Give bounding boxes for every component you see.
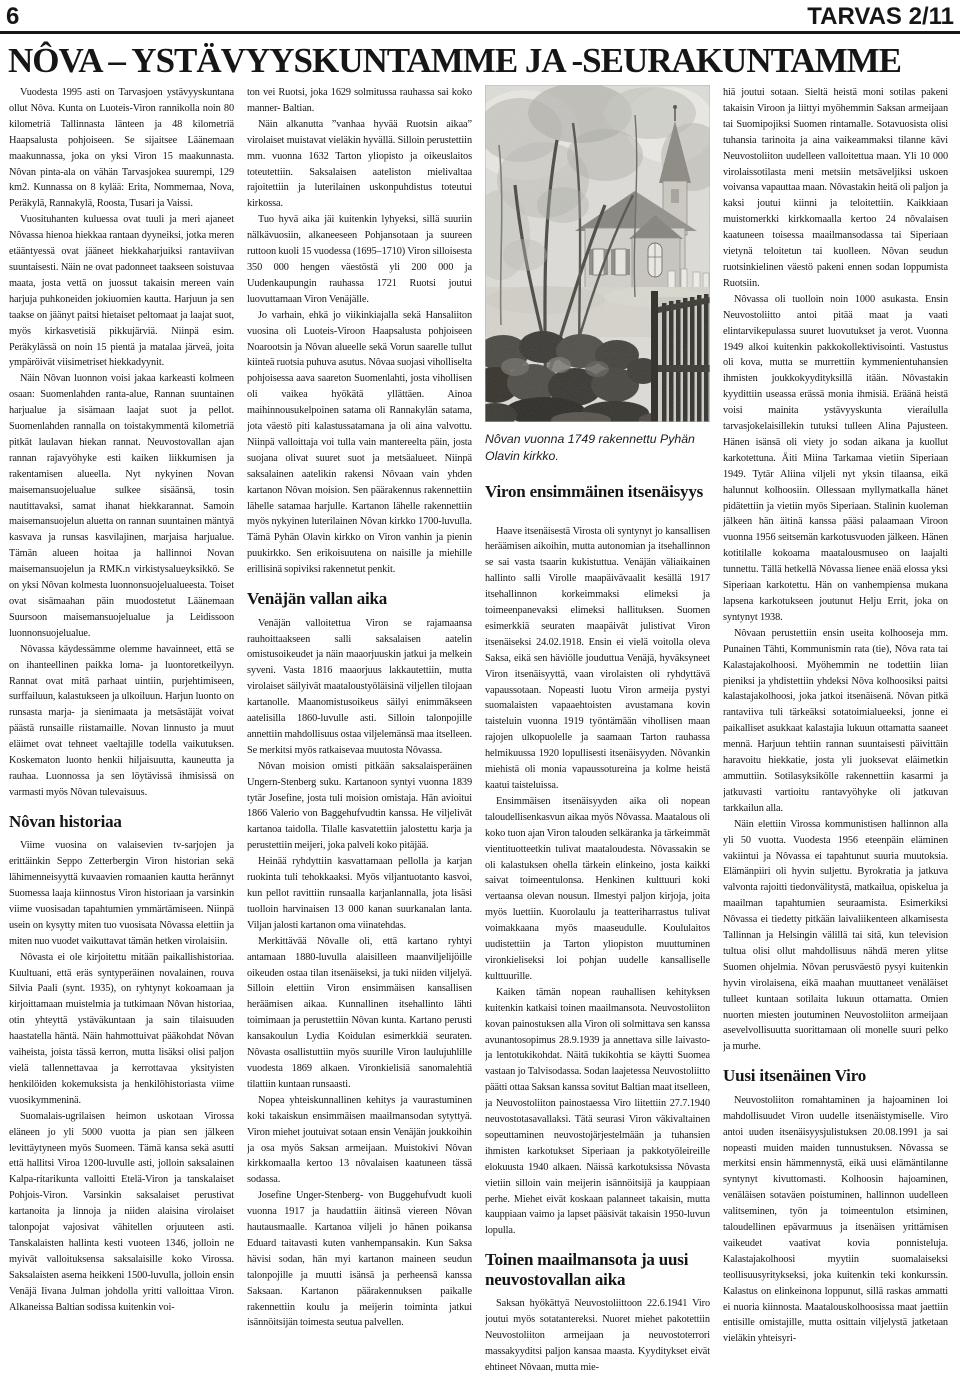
paragraph: Nôvan moision omisti pitkään saksalaispe…: [247, 759, 472, 854]
paragraph: Vuosituhanten kuluessa ovat tuuli ja mer…: [9, 212, 234, 371]
paragraph: Vuodesta 1995 asti on Tarvasjoen ystävyy…: [9, 85, 234, 212]
section-heading-venajan-vallan-aika: Venäjän vallan aika: [247, 589, 472, 609]
paragraph: Nôvaan perustettiin ensin useita kolhoos…: [723, 626, 948, 817]
column-2: ton vei Ruotsi, joka 1629 solmitussa rau…: [247, 85, 472, 1381]
article-columns: Vuodesta 1995 asti on Tarvasjoen ystävyy…: [0, 83, 960, 1381]
paragraph: Haave itsenäisestä Virosta oli syntynyt …: [485, 524, 710, 794]
page-header: 6 TARVAS 2/11: [0, 0, 960, 34]
paragraph: Tuo hyvä aika jäi kuitenkin lyhyeksi, si…: [247, 212, 472, 307]
section-heading-viron-ensimmainen-itsenaisyys: Viron ensimmäinen itsenäisyys: [485, 482, 710, 502]
paragraph: Nôvassa käydessämme olemme havainneet, e…: [9, 642, 234, 801]
newspaper-page: 6 TARVAS 2/11 NÔVA – YSTÄVYYSKUNTAMME JA…: [0, 0, 960, 1391]
paragraph: Nôvasta ei ole kirjoitettu mitään paikal…: [9, 950, 234, 1109]
column-4: hiä joutui sotaan. Sieltä heistä moni so…: [723, 85, 948, 1381]
paragraph: Venäjän valloitettua Viron se rajamaansa…: [247, 616, 472, 759]
paragraph: Nopea yhteiskunnallinen kehitys ja vaura…: [247, 1093, 472, 1188]
paragraph: Viime vuosina on valaisevien tv-sarjojen…: [9, 838, 234, 949]
article-title: NÔVA – YSTÄVYYSKUNTAMME JA -SEURAKUNTAMM…: [8, 41, 960, 81]
paragraph: Näin elettiin Virossa kommunistisen hall…: [723, 817, 948, 1056]
column-3: Nôvan vuonna 1749 rakennettu Pyhän Olavi…: [485, 85, 710, 1381]
section-heading-toinen-maailmansota: Toinen maailmansota ja uusi neuvostovall…: [485, 1250, 710, 1289]
paragraph: Näin Nôvan luonnon voisi jakaa karkeasti…: [9, 371, 234, 641]
issue-label: TARVAS 2/11: [807, 5, 954, 29]
paragraph: Neuvostoliiton romahtaminen ja hajoamine…: [723, 1093, 948, 1348]
paragraph: Kaiken tämän nopean rauhallisen kehityks…: [485, 985, 710, 1240]
paragraph: Nôvassa oli tuolloin noin 1000 asukasta.…: [723, 292, 948, 626]
paragraph: ton vei Ruotsi, joka 1629 solmitussa rau…: [247, 85, 472, 117]
paragraph: hiä joutui sotaan. Sieltä heistä moni so…: [723, 85, 948, 292]
church-photo-image: [485, 85, 710, 422]
church-photo: Nôvan vuonna 1749 rakennettu Pyhän Olavi…: [485, 85, 710, 464]
column-1: Vuodesta 1995 asti on Tarvasjoen ystävyy…: [9, 85, 234, 1381]
paragraph: Saksan hyökättyä Neuvostoliittoon 22.6.1…: [485, 1296, 710, 1376]
section-heading-novan-historiaa: Nôvan historiaa: [9, 812, 234, 832]
photo-caption: Nôvan vuonna 1749 rakennettu Pyhän Olavi…: [485, 431, 710, 464]
section-heading-uusi-itsenainen-viro: Uusi itsenäinen Viro: [723, 1066, 948, 1086]
paragraph: Näin alkanutta ”vanhaa hyvää Ruotsin aik…: [247, 117, 472, 212]
paragraph: Jo varhain, ehkä jo viikinkiajalla sekä …: [247, 308, 472, 578]
page-number: 6: [6, 5, 19, 29]
paragraph: Ensimmäisen itsenäisyyden aika oli nopea…: [485, 794, 710, 985]
paragraph: Josefine Unger-Stenberg- von Buggehufvud…: [247, 1188, 472, 1331]
paragraph: Merkittävää Nôvalle oli, että kartano ry…: [247, 934, 472, 1093]
paragraph: Heinää ryhdyttiin kasvattamaan pellolla …: [247, 854, 472, 934]
paragraph: Suomalais-ugrilaisen heimon uskotaan Vir…: [9, 1109, 234, 1316]
